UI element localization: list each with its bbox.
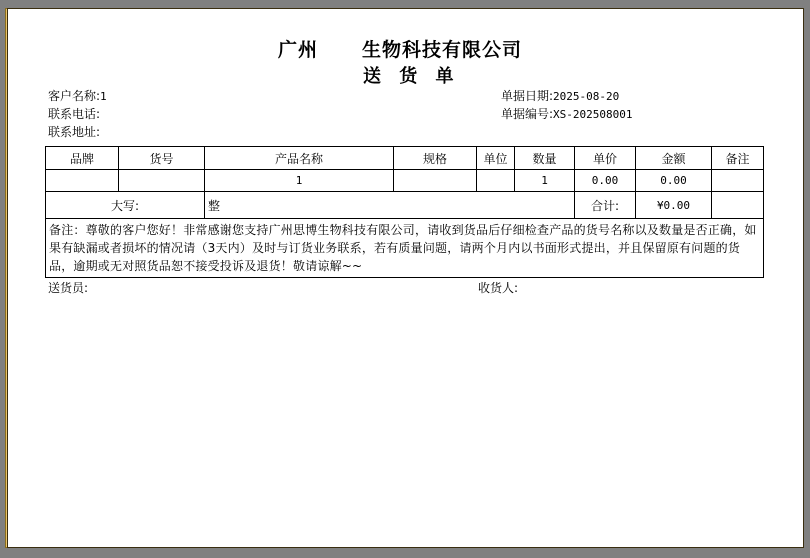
cell-unit-price: 0.00	[575, 170, 636, 192]
doc-date-line: 单据日期:2025-08-20	[501, 87, 619, 106]
cell-brand	[46, 170, 119, 192]
address-line: 联系地址:	[48, 123, 100, 141]
address-label: 联系地址:	[48, 125, 100, 139]
company-suffix: 生物科技有限公司	[362, 39, 522, 61]
phone-line: 联系电话:	[48, 105, 100, 123]
company-prefix: 广州	[278, 39, 318, 61]
col-header-product-name: 产品名称	[205, 147, 394, 170]
customer-name-label: 客户名称:	[48, 89, 100, 103]
col-header-spec: 规格	[394, 147, 477, 170]
doc-date-value: 2025-08-20	[553, 90, 619, 103]
cell-unit	[477, 170, 515, 192]
doc-number-line: 单据编号:XS-202508001	[501, 105, 633, 124]
phone-label: 联系电话:	[48, 107, 100, 121]
cell-remark	[712, 170, 764, 192]
col-header-unit-price: 单价	[575, 147, 636, 170]
uppercase-amount-value: 整	[205, 192, 575, 219]
notes-row: 备注：尊敬的客户您好！非常感谢您支持广州思博生物科技有限公司，请收到货品后仔细检…	[46, 219, 764, 278]
col-header-unit: 单位	[477, 147, 515, 170]
deliverer-label: 送货员:	[48, 279, 88, 297]
sum-value: ¥0.00	[636, 192, 712, 219]
sum-label: 合计:	[575, 192, 636, 219]
receiver-label: 收货人:	[478, 279, 518, 297]
total-row: 大写: 整 合计: ¥0.00	[46, 192, 764, 219]
col-header-item-no: 货号	[119, 147, 205, 170]
customer-name-line: 客户名称:1	[48, 87, 107, 106]
doc-number-label: 单据编号:	[501, 107, 553, 121]
col-header-brand: 品牌	[46, 147, 119, 170]
cell-quantity: 1	[515, 170, 575, 192]
company-title: 广州生物科技有限公司	[278, 35, 522, 62]
cell-amount: 0.00	[636, 170, 712, 192]
cell-spec	[394, 170, 477, 192]
table-header-row: 品牌 货号 产品名称 规格 单位 数量 单价 金额 备注	[46, 147, 764, 170]
doc-number-value: XS-202508001	[553, 108, 632, 121]
document-title: 送 货 单	[363, 62, 460, 88]
col-header-amount: 金额	[636, 147, 712, 170]
cell-item-no	[119, 170, 205, 192]
cell-product-name: 1	[205, 170, 394, 192]
col-header-quantity: 数量	[515, 147, 575, 170]
print-preview-page	[7, 8, 804, 548]
total-remark	[712, 192, 764, 219]
uppercase-amount-label: 大写:	[46, 192, 205, 219]
customer-name-value: 1	[100, 90, 107, 103]
table-row: 1 1 0.00 0.00	[46, 170, 764, 192]
col-header-remark: 备注	[712, 147, 764, 170]
doc-date-label: 单据日期:	[501, 89, 553, 103]
notes-text: 备注：尊敬的客户您好！非常感谢您支持广州思博生物科技有限公司，请收到货品后仔细检…	[46, 219, 764, 278]
delivery-items-table: 品牌 货号 产品名称 规格 单位 数量 单价 金额 备注 1 1 0.00 0.…	[45, 146, 764, 278]
